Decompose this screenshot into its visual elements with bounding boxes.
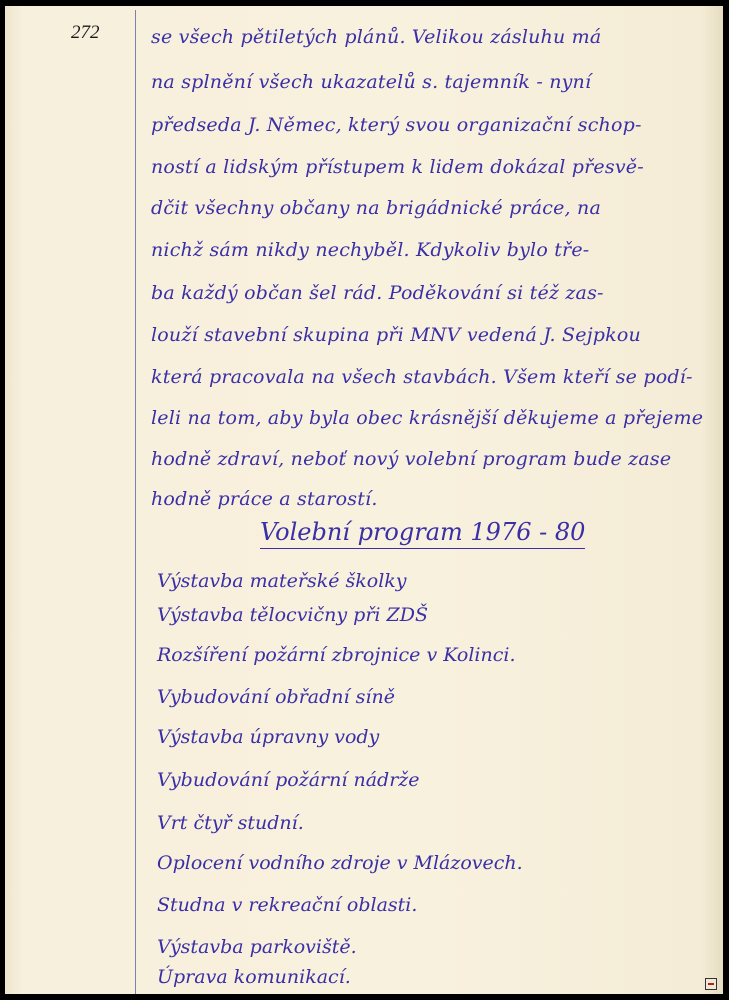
paragraph-line: která pracovala na všech stavbách. Všem … — [151, 368, 693, 387]
paragraph-line: leli na tom, aby byla obec krásnější děk… — [151, 409, 703, 428]
list-item: Studna v rekreační oblasti. — [157, 896, 417, 915]
list-item: Výstavba mateřské školky — [157, 572, 407, 591]
list-item: Výstavba úpravny vody — [157, 728, 379, 747]
paragraph-line: louží stavební skupina při MNV vedená J.… — [151, 326, 641, 345]
paragraph-line: hodně práce a starostí. — [151, 490, 378, 509]
paragraph-line: dčit všechny občany na brigádnické práce… — [151, 199, 601, 218]
paragraph-line: předseda J. Němec, který svou organizačn… — [151, 116, 642, 135]
minimize-icon[interactable] — [705, 978, 717, 990]
list-item: Vybudování obřadní síně — [157, 688, 395, 707]
paragraph-line: ností a lidským přístupem k lidem dokáza… — [151, 158, 644, 177]
list-item: Vrt čtyř studní. — [157, 814, 304, 833]
list-item: Oplocení vodního zdroje v Mlázovech. — [157, 854, 523, 873]
list-item: Rozšíření požární zbrojnice v Kolinci. — [157, 646, 516, 665]
list-item: Úprava komunikací. — [157, 968, 351, 987]
document-page: 272 se všech pětiletých plánů. Velikou z… — [5, 6, 723, 994]
list-item: Vybudování požární nádrže — [157, 771, 420, 790]
program-heading: Volební program 1976 - 80 — [260, 518, 585, 549]
margin-line — [135, 10, 136, 994]
page-number: 272 — [71, 22, 100, 44]
paragraph-line: se všech pětiletých plánů. Velikou záslu… — [151, 28, 601, 47]
list-item: Výstavba tělocvičny při ZDŠ — [157, 606, 428, 625]
paragraph-line: ba každý občan šel rád. Poděkování si té… — [151, 284, 604, 303]
paragraph-line: nichž sám nikdy nechyběl. Kdykoliv bylo … — [151, 241, 589, 260]
paragraph-line: na splnění všech ukazatelů s. tajemník -… — [151, 73, 591, 92]
paragraph-line: hodně zdraví, neboť nový volební program… — [151, 450, 671, 469]
list-item: Výstavba parkoviště. — [157, 938, 357, 957]
